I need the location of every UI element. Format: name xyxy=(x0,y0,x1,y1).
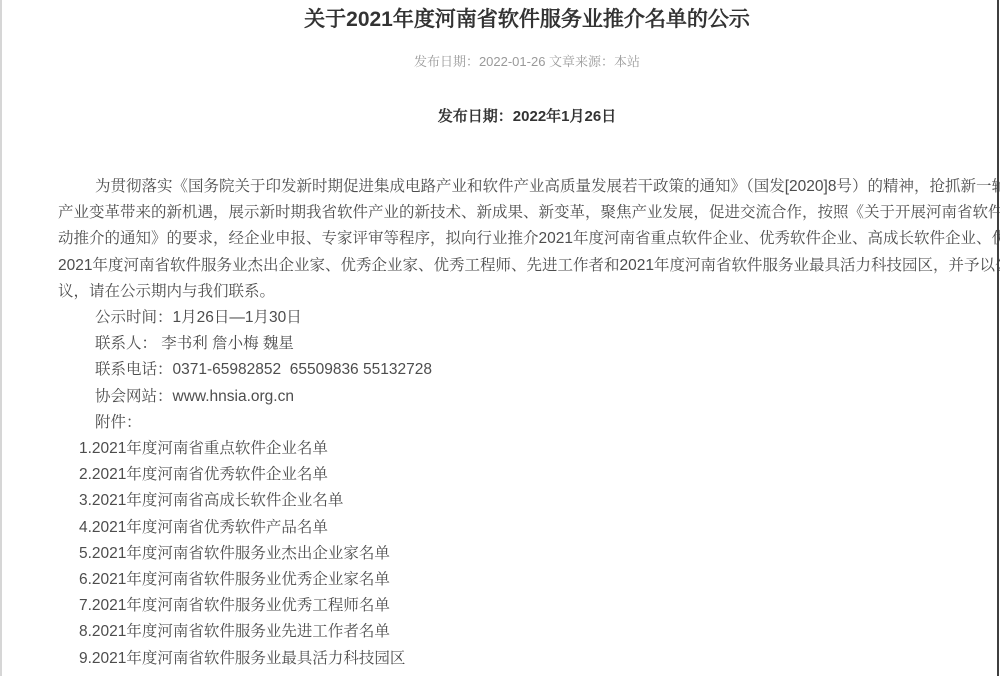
paragraph-line: 议，请在公示期内与我们联系。 xyxy=(58,279,1000,305)
attachment-item: 8.2021年度河南省软件服务业先进工作者名单 xyxy=(58,619,1000,645)
article-header: 关于2021年度河南省软件服务业推介名单的公示 发布日期：2022-01-26 … xyxy=(0,0,1000,127)
attachments-list: 1.2021年度河南省重点软件企业名单2.2021年度河南省优秀软件企业名单3.… xyxy=(58,436,1000,672)
attachment-item: 5.2021年度河南省软件服务业杰出企业家名单 xyxy=(58,541,1000,567)
contact-info-line: 公示时间：1月26日—1月30日 xyxy=(58,305,1000,331)
paragraph-line: 2021年度河南省软件服务业杰出企业家、优秀企业家、优秀工程师、先进工作者和20… xyxy=(58,253,1000,279)
publish-date-line: 发布日期：2022年1月26日 xyxy=(0,107,1000,127)
notice-paragraph: 为贯彻落实《国务院关于印发新时期促进集成电路产业和软件产业高质量发展若干政策的通… xyxy=(58,174,1000,305)
article-body: 为贯彻落实《国务院关于印发新时期促进集成电路产业和软件产业高质量发展若干政策的通… xyxy=(0,174,1000,672)
paragraph-line: 为贯彻落实《国务院关于印发新时期促进集成电路产业和软件产业高质量发展若干政策的通… xyxy=(58,174,1000,200)
attachment-item: 1.2021年度河南省重点软件企业名单 xyxy=(58,436,1000,462)
page-left-border xyxy=(0,0,2,676)
attachment-item: 9.2021年度河南省软件服务业最具活力科技园区 xyxy=(58,646,1000,672)
contact-info: 公示时间：1月26日—1月30日联系人： 李书利 詹小梅 魏星联系电话：0371… xyxy=(58,305,1000,410)
page-title: 关于2021年度河南省软件服务业推介名单的公示 xyxy=(0,0,1000,34)
contact-info-line: 联系电话：0371-65982852 65509836 55132728 xyxy=(58,357,1000,383)
paragraph-line: 产业变革带来的新机遇，展示新时期我省软件产业的新技术、新成果、新变革，聚焦产业发… xyxy=(58,200,1000,226)
attachment-item: 3.2021年度河南省高成长软件企业名单 xyxy=(58,488,1000,514)
contact-info-line: 联系人： 李书利 詹小梅 魏星 xyxy=(58,331,1000,357)
attachment-item: 2.2021年度河南省优秀软件企业名单 xyxy=(58,462,1000,488)
attachments-label: 附件： xyxy=(58,410,1000,436)
contact-info-line: 协会网站：www.hnsia.org.cn xyxy=(58,384,1000,410)
window-right-edge xyxy=(997,0,999,676)
paragraph-line: 动推介的通知》的要求，经企业申报、专家评审等程序，拟向行业推介2021年度河南省… xyxy=(58,226,1000,252)
attachment-item: 4.2021年度河南省优秀软件产品名单 xyxy=(58,515,1000,541)
attachment-item: 6.2021年度河南省软件服务业优秀企业家名单 xyxy=(58,567,1000,593)
attachment-item: 7.2021年度河南省软件服务业优秀工程师名单 xyxy=(58,593,1000,619)
article-meta-line: 发布日期：2022-01-26 文章来源：本站 xyxy=(0,53,1000,71)
